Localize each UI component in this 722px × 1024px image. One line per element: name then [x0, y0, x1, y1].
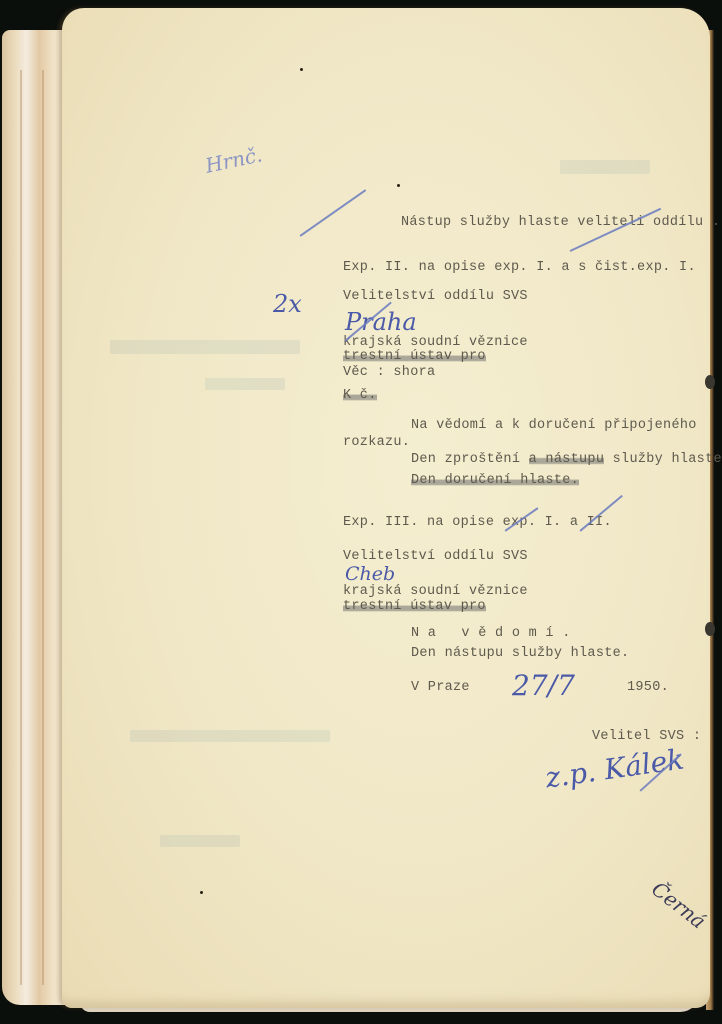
exp3-handwritten-place: Cheb — [345, 565, 395, 584]
show-through-text — [110, 340, 300, 354]
exp2-body-line1: Na vědomí a k doručení připojeného — [411, 419, 697, 433]
exp2-subject: Věc : shora — [343, 366, 435, 380]
paper-speck — [397, 184, 400, 187]
paper-speck — [200, 891, 203, 894]
show-through-text — [130, 730, 330, 742]
exp2-body-line2: rozkazu. — [343, 436, 410, 450]
exp2-prison-line: krajská soudní věznice — [343, 336, 528, 350]
page-edge-line — [42, 70, 44, 985]
exp3-struck-line: trestní ústav pro — [343, 600, 486, 614]
exp3-body-line1: N a v ě d o m í . — [411, 627, 571, 641]
text-segment: služby hlaste. — [604, 452, 722, 467]
exp2-addressee: Velitelství oddílu SVS — [343, 290, 528, 304]
paper-speck — [300, 68, 303, 71]
exp3-body-line2: Den nástupu služby hlaste. — [411, 647, 629, 661]
exp2-heading: Exp. II. na opise exp. I. a s čist.exp. … — [343, 261, 696, 275]
exp3-heading: Exp. III. na opise exp. I. a II. — [343, 516, 612, 530]
struck-segment: a nástupu — [529, 452, 605, 467]
header-line: Nástup služby hlaste veliteli oddílu . — [401, 216, 720, 230]
document-page — [62, 8, 710, 1008]
exp2-body-line3: Den zproštění a nástupu služby hlaste. — [411, 453, 722, 467]
date-year: 1950. — [627, 681, 669, 695]
text-segment: Den zproštění — [411, 452, 529, 467]
show-through-text — [205, 378, 285, 390]
exp2-reference: K č. — [343, 389, 377, 403]
exp2-margin-note: 2x — [273, 292, 302, 316]
exp3-addressee: Velitelství oddílu SVS — [343, 550, 528, 564]
signature-title: Velitel SVS : — [592, 730, 701, 744]
date-place: V Praze — [411, 681, 470, 695]
show-through-text — [560, 160, 650, 174]
exp2-body-line4: Den doručení hlaste. — [411, 474, 579, 488]
binding-hole — [705, 375, 715, 389]
binding-hole — [705, 622, 715, 636]
exp3-prison-line: krajská soudní věznice — [343, 585, 528, 599]
handwritten-date: 27/7 — [512, 672, 575, 700]
exp2-struck-line: trestní ústav pro — [343, 350, 486, 364]
page-edge-line — [20, 70, 22, 985]
show-through-text — [160, 835, 240, 847]
